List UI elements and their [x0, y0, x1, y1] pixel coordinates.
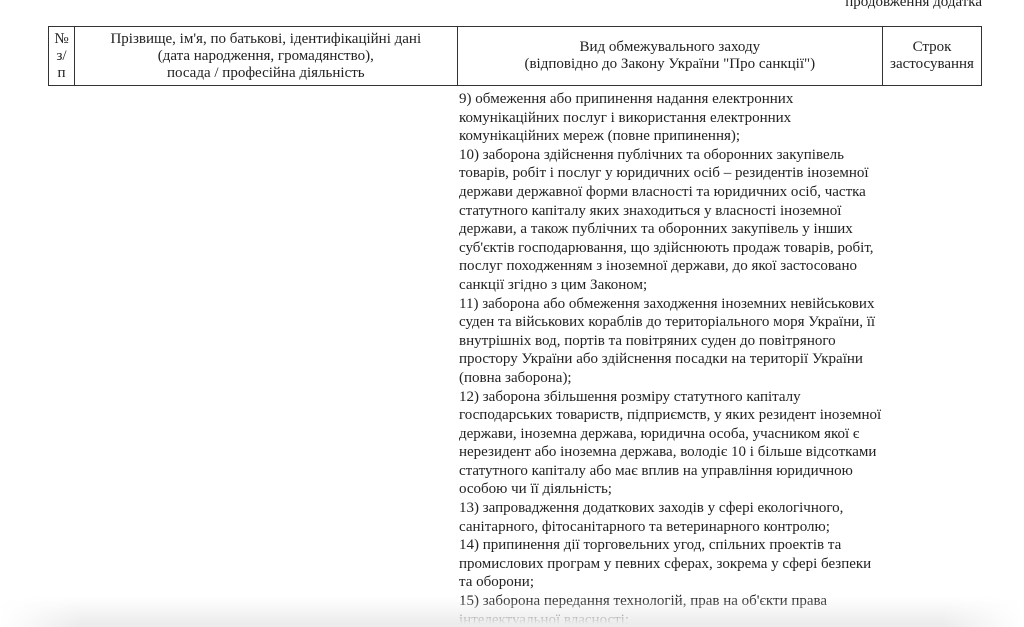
measure-item-14: 14) припинення дії торговельних угод, сп…	[459, 536, 889, 592]
header-col-person-line: Прізвище, ім'я, по батькові, ідентифікац…	[110, 31, 421, 47]
page-bottom-shadow	[0, 597, 1024, 627]
measure-line: 10) заборона здійснення публічних та обо…	[459, 146, 889, 165]
measure-line: 11) заборона або обмеження заходження ін…	[459, 295, 889, 314]
measure-item-9: 9) обмеження або припинення надання елек…	[459, 90, 889, 146]
header-col-person-line: (дата народження, громадянство),	[158, 48, 374, 64]
measure-line: статутного капіталу яких знаходиться у в…	[459, 202, 889, 221]
measure-line: 13) запровадження додаткових заходів у с…	[459, 499, 889, 518]
measure-line: 12) заборона збільшення розміру статутно…	[459, 388, 889, 407]
header-col-number-line: №	[54, 31, 68, 47]
header-col-measure: Вид обмежувального заходу (відповідно до…	[457, 27, 882, 86]
measure-item-10: 10) заборона здійснення публічних та обо…	[459, 146, 889, 295]
measure-line: 14) припинення дії торговельних угод, сп…	[459, 536, 889, 555]
measure-line: особою чи її діяльність;	[459, 480, 889, 499]
measure-line: внутрішніх вод, портів та повітряних суд…	[459, 332, 889, 351]
measure-line: товарів, робіт і послуг у юридичних осіб…	[459, 164, 889, 183]
measure-line: комунікаційних мереж (повне припинення);	[459, 127, 889, 146]
measure-line: 9) обмеження або припинення надання елек…	[459, 90, 889, 109]
measure-line: держави, іноземна держава, юридична особ…	[459, 425, 889, 444]
header-col-person: Прізвище, ім'я, по батькові, ідентифікац…	[74, 27, 457, 86]
header-col-term-line: застосування	[890, 56, 974, 72]
measures-list: 9) обмеження або припинення надання елек…	[459, 90, 889, 627]
measure-line: послуг походженням з іноземної держави, …	[459, 257, 889, 276]
header-col-measure-line: Вид обмежувального заходу	[579, 39, 760, 55]
header-col-number: № з/п	[49, 27, 75, 86]
measure-item-13: 13) запровадження додаткових заходів у с…	[459, 499, 889, 536]
measure-item-12: 12) заборона збільшення розміру статутно…	[459, 388, 889, 500]
header-col-measure-line: (відповідно до Закону України "Про санкц…	[524, 56, 815, 72]
measure-line: комунікаційних послуг і використання еле…	[459, 109, 889, 128]
measure-line: суб'єктів господарювання, що здійснюють …	[459, 239, 889, 258]
measure-line: нерезидент або іноземна держава, володіє…	[459, 443, 889, 462]
header-col-term: Строк застосування	[883, 27, 982, 86]
measure-line: санкції згідно з цим Законом;	[459, 276, 889, 295]
measure-line: держави, а також публічних та оборонних …	[459, 220, 889, 239]
table-header: № з/п Прізвище, ім'я, по батькові, ідент…	[48, 26, 982, 86]
measure-line: суден та військових кораблів до територі…	[459, 313, 889, 332]
measure-line: статутного капіталу або має вплив на упр…	[459, 462, 889, 481]
header-col-number-line: з/п	[56, 48, 66, 81]
measure-line: простору України або здійснення посадки …	[459, 350, 889, 369]
measure-line: промислових програм у певних сферах, зок…	[459, 555, 889, 574]
continuation-label: продовження додатка	[845, 0, 982, 11]
header-col-term-line: Строк	[913, 39, 952, 55]
measure-line: господарських товариств, підприємств, у …	[459, 406, 889, 425]
measure-line: держави державної форми власності та юри…	[459, 183, 889, 202]
measure-line: (повна заборона);	[459, 369, 889, 388]
measure-line: та оборони;	[459, 573, 889, 592]
measure-line: санітарного, фітосанітарного та ветерина…	[459, 518, 889, 537]
measure-item-11: 11) заборона або обмеження заходження ін…	[459, 295, 889, 388]
header-col-person-line: посада / професійна діяльність	[167, 65, 365, 81]
